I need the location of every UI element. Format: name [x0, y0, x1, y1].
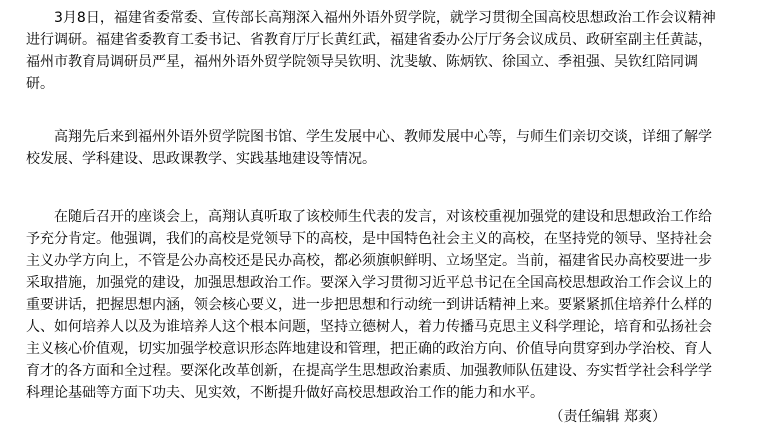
text-line: 进行调研。福建省委教育工委书记、省教育厅厅长黄红武，福建省委办公厅厅务会议成员、… [26, 29, 716, 51]
text-line: 3月8日，福建省委常委、宣传部长高翔深入福州外语外贸学院，就学习贯彻全国高校思想… [26, 7, 716, 29]
text-line: 在随后召开的座谈会上，高翔认真听取了该校师生代表的发言，对该校重视加强党的建设和… [26, 206, 712, 228]
text-line: 校发展、学科建设、思政课教学、实践基地建设等情况。 [26, 148, 712, 170]
paragraph-3: 在随后召开的座谈会上，高翔认真听取了该校师生代表的发言，对该校重视加强党的建设和… [26, 206, 712, 404]
text-line: 主义核心价值观，切实加强学校意识形态阵地建设和管理，把正确的政治方向、价值导向贯… [26, 338, 712, 360]
text-line: 采取措施，加强党的建设，加强思想政治工作。要深入学习贯彻习近平总书记在全国高校思… [26, 272, 712, 294]
editor-signature: （责任编辑 郑爽） [550, 406, 666, 428]
text-line: 育才的各方面和全过程。要深化改革创新，在提高学生思想政治素质、加强教师队伍建设、… [26, 360, 712, 382]
paragraph-1: 3月8日，福建省委常委、宣传部长高翔深入福州外语外贸学院，就学习贯彻全国高校思想… [26, 7, 716, 95]
text-line: 重要讲话，把握思想内涵，领会核心要义，进一步把思想和行动统一到讲话精神上来。要紧… [26, 294, 712, 316]
text-line: 人、如何培养人以及为谁培养人这个根本问题，坚持立德树人，着力传播马克思主义科学理… [26, 316, 712, 338]
text-line: 高翔先后来到福州外语外贸学院图书馆、学生发展中心、教师发展中心等，与师生们亲切交… [26, 126, 712, 148]
text-line: 科理论基础等方面下功夫、见实效，不断提升做好高校思想政治工作的能力和水平。 [26, 382, 712, 404]
text-line: 福州市教育局调研员严星，福州外语外贸学院领导吴钦明、沈斐敏、陈炳钦、徐国立、季祖… [26, 51, 716, 73]
text-line: 研。 [26, 73, 716, 95]
text-line: 予充分肯定。他强调，我们的高校是党领导下的高校，是中国特色社会主义的高校，在坚持… [26, 228, 712, 250]
paragraph-2: 高翔先后来到福州外语外贸学院图书馆、学生发展中心、教师发展中心等，与师生们亲切交… [26, 126, 712, 170]
text-line: 主义办学方向上，不管是公办高校还是民办高校，都必须旗帜鲜明、立场坚定。当前，福建… [26, 250, 712, 272]
